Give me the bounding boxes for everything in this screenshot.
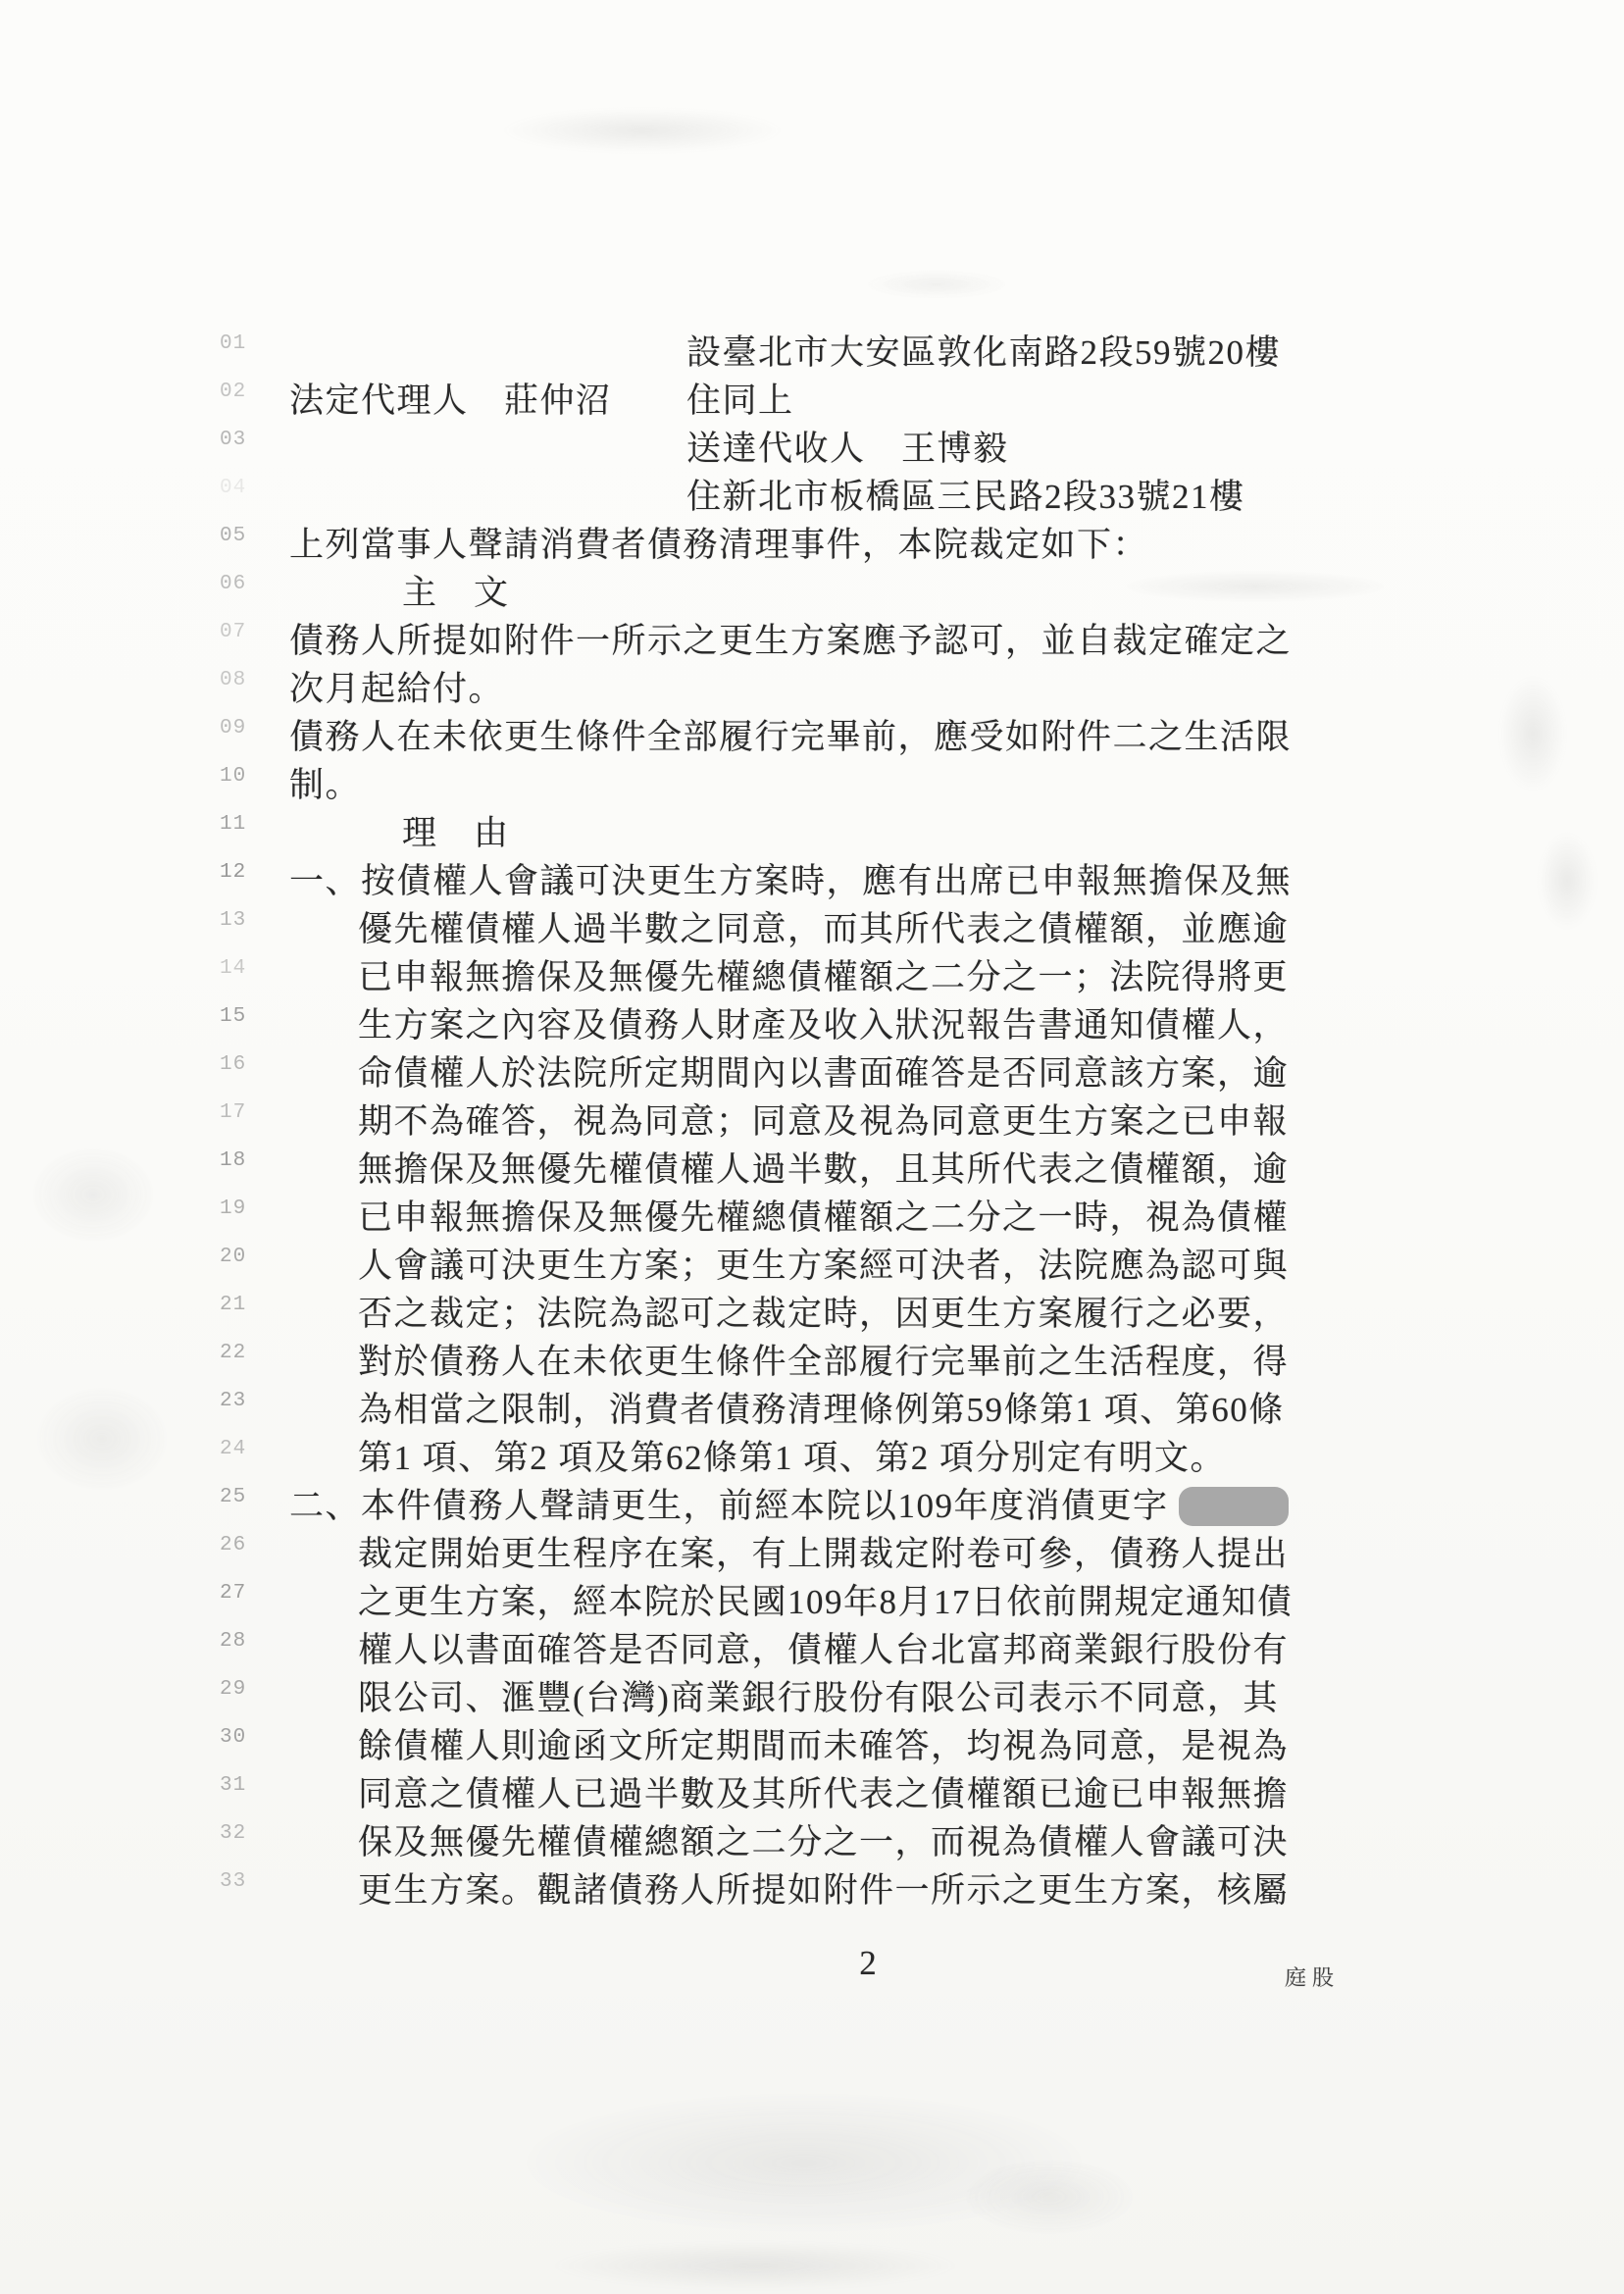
scan-smudge [500, 108, 785, 153]
line-text: 法定代理人 莊仲沼 [289, 374, 612, 423]
line-text: 送達代收人 王博毅 [686, 422, 1009, 471]
line-number: 02 [220, 381, 246, 403]
document-line: 04 住新北市板橋區三民路2段33號21樓 [0, 468, 1624, 516]
document-line: 08 次月起給付。 [0, 660, 1624, 708]
line-number: 03 [220, 429, 246, 451]
line-text: 對於債務人在未依更生條件全部履行完畢前之生活程度，得 [358, 1335, 1289, 1384]
document-line: 09 債務人在未依更生條件全部履行完畢前，應受如附件二之生活限 [0, 708, 1624, 756]
document-line: 15 生方案之內容及債務人財產及收入狀況報告書通知債權人， [0, 996, 1624, 1045]
line-text: 否之裁定；法院為認可之裁定時，因更生方案履行之必要， [358, 1287, 1289, 1336]
document-line: 29 限公司、滙豐(台灣)商業銀行股份有限公司表示不同意，其 [0, 1669, 1624, 1717]
document-line: 10 制。 [0, 756, 1624, 804]
line-text: 制。 [289, 758, 361, 807]
line-number: 14 [220, 957, 246, 980]
line-number: 11 [220, 813, 246, 836]
line-text: 限公司、滙豐(台灣)商業銀行股份有限公司表示不同意，其 [358, 1671, 1279, 1720]
line-number: 22 [220, 1342, 246, 1364]
line-number: 21 [220, 1294, 246, 1316]
document-line: 27 之更生方案，經本院於民國109年8月17日依前開規定通知債 [0, 1573, 1624, 1621]
document-line: 24 第1 項、第2 項及第62條第1 項、第2 項分別定有明文。 [0, 1429, 1624, 1477]
line-text: 為相當之限制，消費者債務清理條例第59條第1 項、第60條 [358, 1383, 1285, 1432]
line-text: 主 文 [402, 566, 510, 615]
line-text: 一、按債權人會議可決更生方案時，應有出席已申報無擔保及無 [289, 854, 1292, 903]
line-text: 期不為確答，視為同意；同意及視為同意更生方案之已申報 [358, 1095, 1289, 1144]
document-line: 31 同意之債權人已過半數及其所代表之債權額已逾已申報無擔 [0, 1765, 1624, 1813]
line-text: 二、本件債務人聲請更生，前經本院以109年度消債更字 [289, 1479, 1289, 1528]
line-number: 20 [220, 1246, 246, 1268]
line-number: 29 [220, 1678, 246, 1701]
scan-smudge [961, 2158, 1138, 2236]
scan-smudge [549, 2241, 961, 2290]
line-text: 債務人所提如附件一所示之更生方案應予認可，並自裁定確定之 [289, 614, 1292, 663]
line-number: 33 [220, 1870, 246, 1893]
line-number: 28 [220, 1630, 246, 1653]
document-line: 25 二、本件債務人聲請更生，前經本院以109年度消債更字 [0, 1477, 1624, 1525]
document-line: 18 無擔保及無優先權債權人過半數，且其所代表之債權額，逾 [0, 1141, 1624, 1189]
scanned-page: 01 設臺北市大安區敦化南路2段59號20樓 02 法定代理人 莊仲沼住同上 0… [0, 0, 1624, 2294]
scan-smudge [863, 271, 1010, 298]
line-number: 07 [220, 621, 246, 643]
line-text: 權人以書面確答是否同意，債權人台北富邦商業銀行股份有 [358, 1623, 1289, 1672]
line-text: 無擔保及無優先權債權人過半數，且其所代表之債權額，逾 [358, 1143, 1289, 1192]
line-text: 生方案之內容及債務人財產及收入狀況報告書通知債權人， [358, 998, 1289, 1047]
line-text: 優先權債權人過半數之同意，而其所代表之債權額，並應逾 [358, 902, 1289, 951]
document-line: 14 已申報無擔保及無優先權總債權額之二分之一；法院得將更 [0, 948, 1624, 996]
line-number: 25 [220, 1486, 246, 1508]
line-number: 27 [220, 1582, 246, 1605]
line-text: 命債權人於法院所定期間內以書面確答是否同意該方案，逾 [358, 1046, 1289, 1096]
line-number: 04 [220, 477, 246, 499]
line-text: 住新北市板橋區三民路2段33號21樓 [686, 470, 1245, 519]
line-text: 已申報無擔保及無優先權總債權額之二分之一；法院得將更 [358, 950, 1289, 999]
scan-smudge [510, 2089, 1098, 2236]
line-number: 19 [220, 1198, 246, 1220]
line-number: 01 [220, 332, 246, 355]
document-line: 11 理 由 [0, 804, 1624, 852]
document-line: 16 命債權人於法院所定期間內以書面確答是否同意該方案，逾 [0, 1045, 1624, 1093]
line-number: 15 [220, 1005, 246, 1028]
document-line: 33 更生方案。觀諸債務人所提如附件一所示之更生方案，核屬 [0, 1861, 1624, 1910]
line-number: 24 [220, 1438, 246, 1460]
line-text: 上列當事人聲請消費者債務清理事件，本院裁定如下： [289, 518, 1148, 567]
line-number: 23 [220, 1390, 246, 1412]
document-line: 13 優先權債權人過半數之同意，而其所代表之債權額，並應逾 [0, 900, 1624, 948]
line-number: 32 [220, 1822, 246, 1845]
line-number: 31 [220, 1774, 246, 1797]
line-text: 裁定開始更生程序在案，有上開裁定附卷可參，債務人提出 [358, 1527, 1289, 1576]
line-number: 08 [220, 669, 246, 691]
line-text: 第1 項、第2 項及第62條第1 項、第2 項分別定有明文。 [358, 1431, 1226, 1480]
line-text: 之更生方案，經本院於民國109年8月17日依前開規定通知債 [358, 1575, 1294, 1624]
line-text: 保及無優先權債權總額之二分之一，而視為債權人會議可決 [358, 1815, 1289, 1864]
line-text: 住同上 [686, 374, 794, 423]
document-line: 21 否之裁定；法院為認可之裁定時，因更生方案履行之必要， [0, 1285, 1624, 1333]
line-text: 更生方案。觀諸債務人所提如附件一所示之更生方案，核屬 [358, 1863, 1289, 1912]
line-number: 30 [220, 1726, 246, 1749]
line-number: 09 [220, 717, 246, 739]
line-text: 餘債權人則逾函文所定期間而未確答，均視為同意，是視為 [358, 1719, 1289, 1768]
page-number: 2 [834, 1944, 902, 1983]
document-line: 30 餘債權人則逾函文所定期間而未確答，均視為同意，是視為 [0, 1717, 1624, 1765]
document-line: 28 權人以書面確答是否同意，債權人台北富邦商業銀行股份有 [0, 1621, 1624, 1669]
line-text: 債務人在未依更生條件全部履行完畢前，應受如附件二之生活限 [289, 710, 1292, 759]
line-text: 次月起給付。 [289, 662, 504, 711]
document-line: 01 設臺北市大安區敦化南路2段59號20樓 [0, 324, 1624, 372]
document-line: 22 對於債務人在未依更生條件全部履行完畢前之生活程度，得 [0, 1333, 1624, 1381]
redaction-box [1179, 1487, 1289, 1526]
document-line: 07 債務人所提如附件一所示之更生方案應予認可，並自裁定確定之 [0, 612, 1624, 660]
line-number: 05 [220, 525, 246, 547]
line-number: 26 [220, 1534, 246, 1556]
document-line: 19 已申報無擔保及無優先權總債權額之二分之一時，視為債權 [0, 1189, 1624, 1237]
line-text: 同意之債權人已過半數及其所代表之債權額已逾已申報無擔 [358, 1767, 1289, 1816]
line-text: 已申報無擔保及無優先權總債權額之二分之一時，視為債權 [358, 1191, 1289, 1240]
line-number: 18 [220, 1149, 246, 1172]
court-division-stamp: 庭股 [1285, 1962, 1340, 1992]
document-line: 32 保及無優先權債權總額之二分之一，而視為債權人會議可決 [0, 1813, 1624, 1861]
document-line: 23 為相當之限制，消費者債務清理條例第59條第1 項、第60條 [0, 1381, 1624, 1429]
document-line: 26 裁定開始更生程序在案，有上開裁定附卷可參，債務人提出 [0, 1525, 1624, 1573]
document-line: 17 期不為確答，視為同意；同意及視為同意更生方案之已申報 [0, 1093, 1624, 1141]
line-number: 17 [220, 1101, 246, 1124]
line-number: 06 [220, 573, 246, 595]
document-line: 06 主 文 [0, 564, 1624, 612]
document-line: 02 法定代理人 莊仲沼住同上 [0, 372, 1624, 420]
line-text: 理 由 [402, 806, 510, 855]
line-number: 13 [220, 909, 246, 932]
line-text: 設臺北市大安區敦化南路2段59號20樓 [686, 326, 1281, 375]
document-line: 12 一、按債權人會議可決更生方案時，應有出席已申報無擔保及無 [0, 852, 1624, 900]
document-line: 05 上列當事人聲請消費者債務清理事件，本院裁定如下： [0, 516, 1624, 564]
line-number: 16 [220, 1053, 246, 1076]
line-text: 人會議可決更生方案；更生方案經可決者，法院應為認可與 [358, 1239, 1289, 1288]
line-number: 12 [220, 861, 246, 884]
line-number: 10 [220, 765, 246, 788]
document-line: 03 送達代收人 王博毅 [0, 420, 1624, 468]
document-line: 20 人會議可決更生方案；更生方案經可決者，法院應為認可與 [0, 1237, 1624, 1285]
